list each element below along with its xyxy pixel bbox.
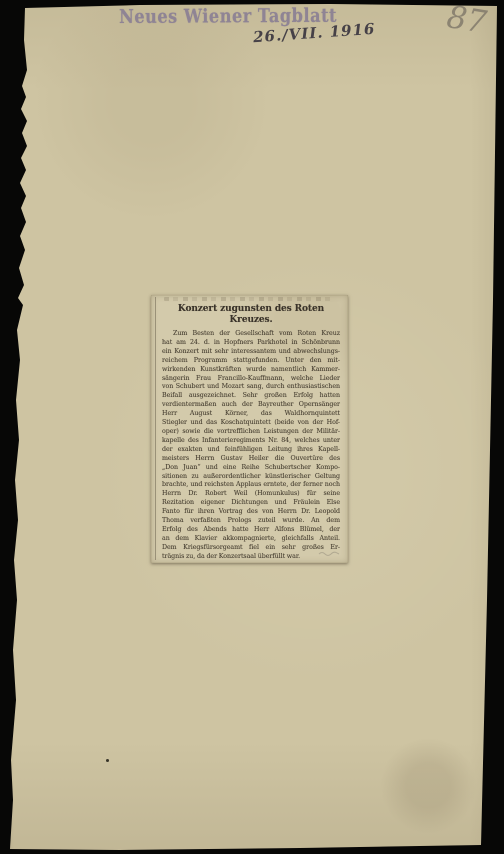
clipping-text-line: an dem Klavier akkompagnierte, gleichfal… (162, 535, 340, 544)
clipping-text-line: Stiegler und das Koschatquintett (beide … (162, 419, 340, 428)
clipping-text-line: Rezitation eigener Dichtungen und Fräule… (162, 499, 340, 508)
clipping-text-line: trägnis zu, da der Konzertsaal überfüllt… (162, 553, 340, 562)
clipping-text-line: sitionen zu außerordentlicher künstleris… (162, 473, 340, 482)
clipping-text-line: oper) sowie die vortrefflichen Leistunge… (162, 428, 340, 437)
pencil-mark (318, 550, 340, 556)
clipping-text-line: ein Konzert mit sehr interessantem und a… (162, 348, 340, 357)
clipping-text-line: Fanto für ihren Vortrag des von Herrn Dr… (162, 508, 340, 517)
column-rule (155, 297, 156, 560)
clipping-text-line: Thoma verfaßten Prologs zuteil wurde. An… (162, 517, 340, 526)
clipping-text-line: der exakten und feinfühligen Leitung ihr… (162, 446, 340, 455)
clipping-text-line: Zum Besten der Gesellschaft vom Roten Kr… (162, 330, 340, 339)
clipping-text-line: Erfolg des Abends hatte Herr Alfons Blüm… (162, 526, 340, 535)
clipping-text-line: Beifall ausgezeichnet. Sehr großen Erfol… (162, 392, 340, 401)
clipping-text-line: Herr August Körner, das Waldhornquintett (162, 410, 340, 419)
clipping-text-line: von Schubert und Mozart sang, durch enth… (162, 383, 340, 392)
clipping-text-line: „Don Juan“ und eine Reihe Schubertscher … (162, 464, 340, 473)
clipping-text-line: kapelle des Infanterieregiments Nr. 84, … (162, 437, 340, 446)
clipping-headline: Konzert zugunsten des Roten Kreuzes. (162, 304, 340, 326)
page-number-annotation: 87 (444, 0, 489, 41)
clipping-text-line: hat am 24. d. in Hopfners Parkhotel in S… (162, 339, 340, 348)
clipping-text-line: meisters Herrn Gustav Heiler die Ouvertü… (162, 455, 340, 464)
ink-speck (106, 759, 109, 762)
scan-background: Neues Wiener Tagblatt 26./VII. 1916 87 K… (0, 0, 504, 854)
album-page: Neues Wiener Tagblatt 26./VII. 1916 87 K… (0, 0, 504, 854)
newspaper-clipping: Konzert zugunsten des Roten Kreuzes. Zum… (151, 295, 348, 563)
clipping-text-line: reichem Programm stattgefunden. Unter de… (162, 357, 340, 366)
clipping-text-line: brachte, und reichsten Applaus erntete, … (162, 481, 340, 490)
clipping-text-line: verdientermaßen auch der Bayreuther Oper… (162, 401, 340, 410)
clipping-text-line: Dem Kriegsfürsorgeamt fiel ein sehr groß… (162, 544, 340, 553)
clipping-text-line: Herrn Dr. Robert Weil (Homunkulus) für s… (162, 490, 340, 499)
clipping-text-line: wirkenden Kunstkräften wurde namentlich … (162, 366, 340, 375)
clipping-text-line: sängerin Frau Francillo-Kauffmann, welch… (162, 375, 340, 384)
cutoff-print-remnant (164, 297, 334, 301)
clipping-body: Zum Besten der Gesellschaft vom Roten Kr… (162, 330, 340, 562)
